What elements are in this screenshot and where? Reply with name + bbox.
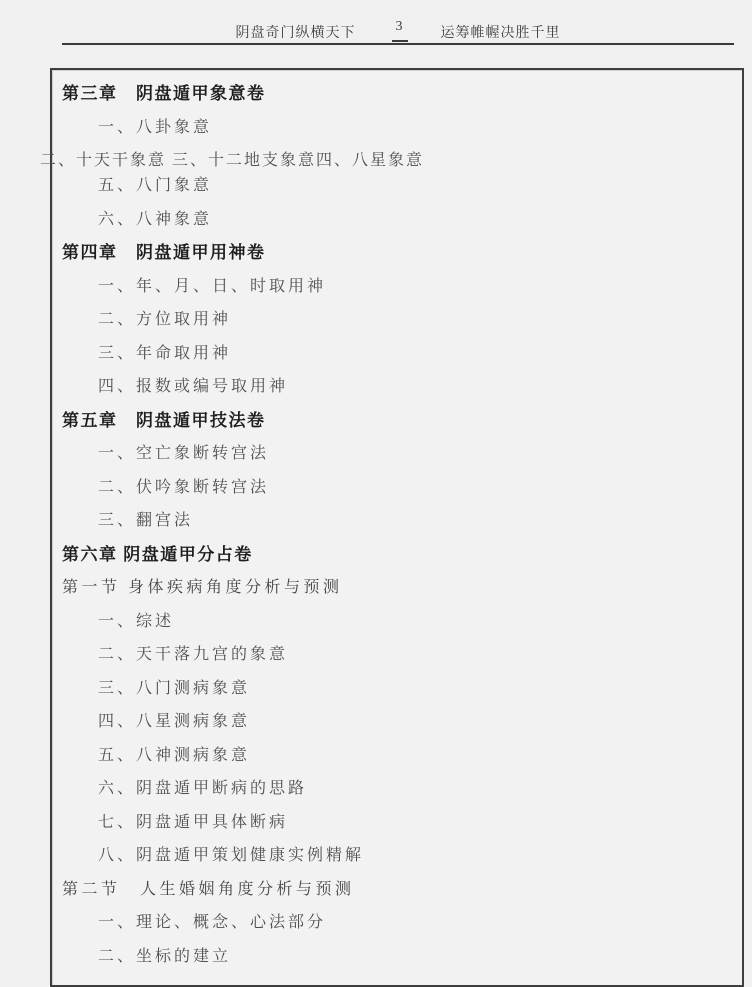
toc-line-item: 三、八门测病象意	[98, 680, 742, 697]
toc-line-overflow: 二、十天干象意 三、十二地支象意四、八星象意	[40, 152, 742, 169]
document-page: 第三章 阴盘遁甲象意卷一、八卦象意二、十天干象意 三、十二地支象意四、八星象意五…	[50, 68, 744, 987]
toc-line-item: 二、坐标的建立	[98, 948, 742, 965]
toc-line-item: 一、理论、概念、心法部分	[98, 914, 742, 931]
header-rule	[62, 43, 734, 45]
toc-line-item: 四、八星测病象意	[98, 713, 742, 730]
toc-line-chapter: 第四章 阴盘遁甲用神卷	[62, 244, 742, 261]
toc-line-item: 一、综述	[98, 613, 742, 630]
toc-line-item: 四、报数或编号取用神	[98, 378, 742, 395]
header-page-number: 3	[392, 19, 408, 42]
toc-line-item: 五、八门象意	[98, 177, 742, 194]
toc-line-item: 二、方位取用神	[98, 311, 742, 328]
toc-line-item: 六、阴盘遁甲断病的思路	[98, 780, 742, 797]
header-right-title: 运筹帷幄决胜千里	[441, 22, 561, 42]
toc-line-section: 第一节 身体疾病角度分析与预测	[62, 579, 742, 596]
toc-line-item: 五、八神测病象意	[98, 747, 742, 764]
toc-line-item: 三、翻宫法	[98, 512, 742, 529]
toc-line-item: 七、阴盘遁甲具体断病	[98, 814, 742, 831]
toc-line-chapter: 第五章 阴盘遁甲技法卷	[62, 412, 742, 429]
toc-line-item: 六、八神象意	[98, 211, 742, 228]
toc-line-item: 八、阴盘遁甲策划健康实例精解	[98, 847, 742, 864]
toc-line-item: 一、年、月、日、时取用神	[98, 278, 742, 295]
running-header: 阴盘奇门纵横天下 3 运筹帷幄决胜千里	[62, 20, 734, 42]
table-of-contents: 第三章 阴盘遁甲象意卷一、八卦象意二、十天干象意 三、十二地支象意四、八星象意五…	[52, 70, 742, 965]
toc-line-item: 二、天干落九宫的象意	[98, 646, 742, 663]
toc-line-item: 二、伏吟象断转宫法	[98, 479, 742, 496]
header-left-title: 阴盘奇门纵横天下	[236, 22, 356, 42]
toc-line-section: 第二节 人生婚姻角度分析与预测	[62, 881, 742, 898]
screen: { "header": { "left_title": "阴盘奇门纵横天下", …	[0, 0, 752, 987]
toc-line-chapter: 第六章 阴盘遁甲分占卷	[62, 546, 742, 563]
toc-line-item: 一、八卦象意	[98, 119, 742, 136]
toc-line-chapter: 第三章 阴盘遁甲象意卷	[62, 85, 742, 102]
toc-line-item: 三、年命取用神	[98, 345, 742, 362]
toc-line-item: 一、空亡象断转宫法	[98, 445, 742, 462]
